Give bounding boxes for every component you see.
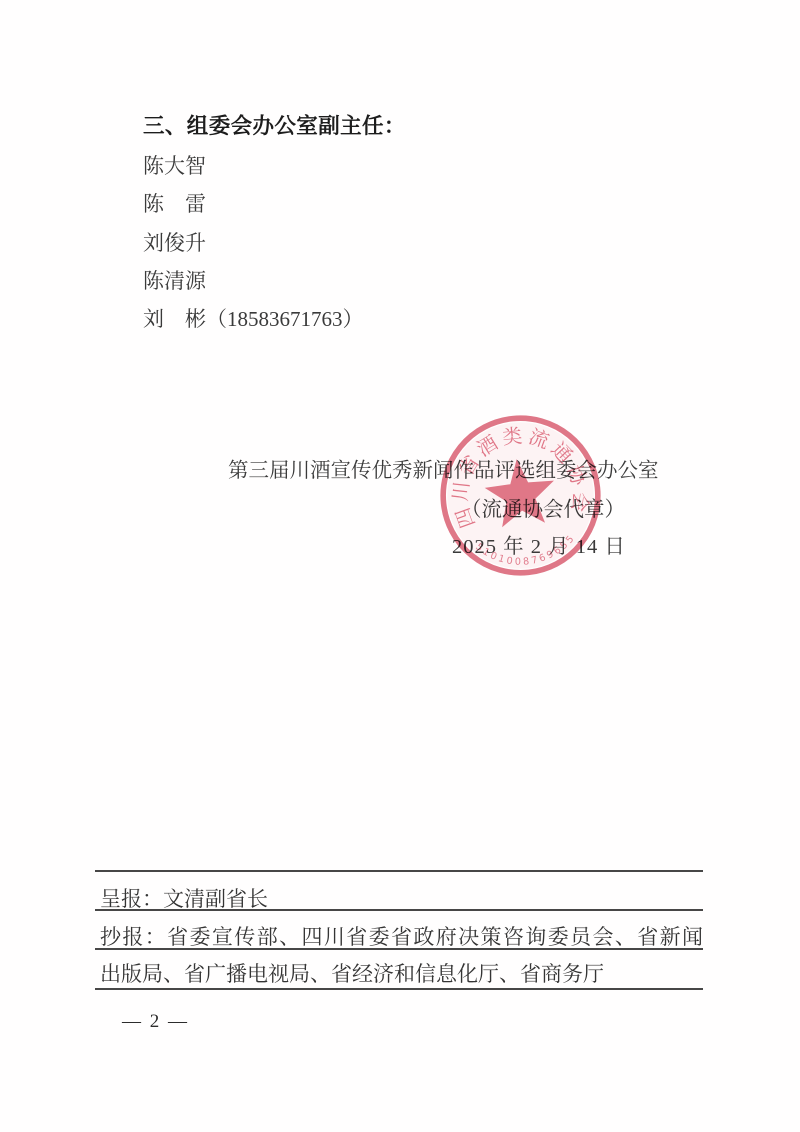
footer-divider bbox=[95, 870, 703, 872]
footer-divider bbox=[95, 948, 703, 950]
footer-divider bbox=[95, 988, 703, 990]
member-name: 刘 彬（18583671763） bbox=[143, 300, 364, 338]
member-name: 刘俊升 bbox=[143, 224, 364, 262]
section-heading: 三、组委会办公室副主任： bbox=[143, 109, 406, 140]
member-name: 陈 雷 bbox=[143, 185, 364, 223]
member-name: 陈大智 bbox=[143, 147, 364, 185]
cc-line-1: 抄报：省委宣传部、四川省委省政府决策咨询委员会、省新闻 bbox=[100, 921, 703, 951]
footer-divider bbox=[95, 909, 703, 911]
member-list: 陈大智 陈 雷 刘俊升 陈清源 刘 彬（18583671763） bbox=[143, 147, 364, 338]
official-seal-stamp: 四川省酒类流通协会 5101008769655 bbox=[424, 399, 616, 591]
document-page: 三、组委会办公室副主任： 陈大智 陈 雷 刘俊升 陈清源 刘 彬（1858367… bbox=[0, 0, 800, 1132]
page-number: — 2 — bbox=[122, 1011, 189, 1033]
member-name: 陈清源 bbox=[143, 262, 364, 300]
cc-line-2: 出版局、省广播电视局、省经济和信息化厅、省商务厅 bbox=[100, 958, 604, 988]
